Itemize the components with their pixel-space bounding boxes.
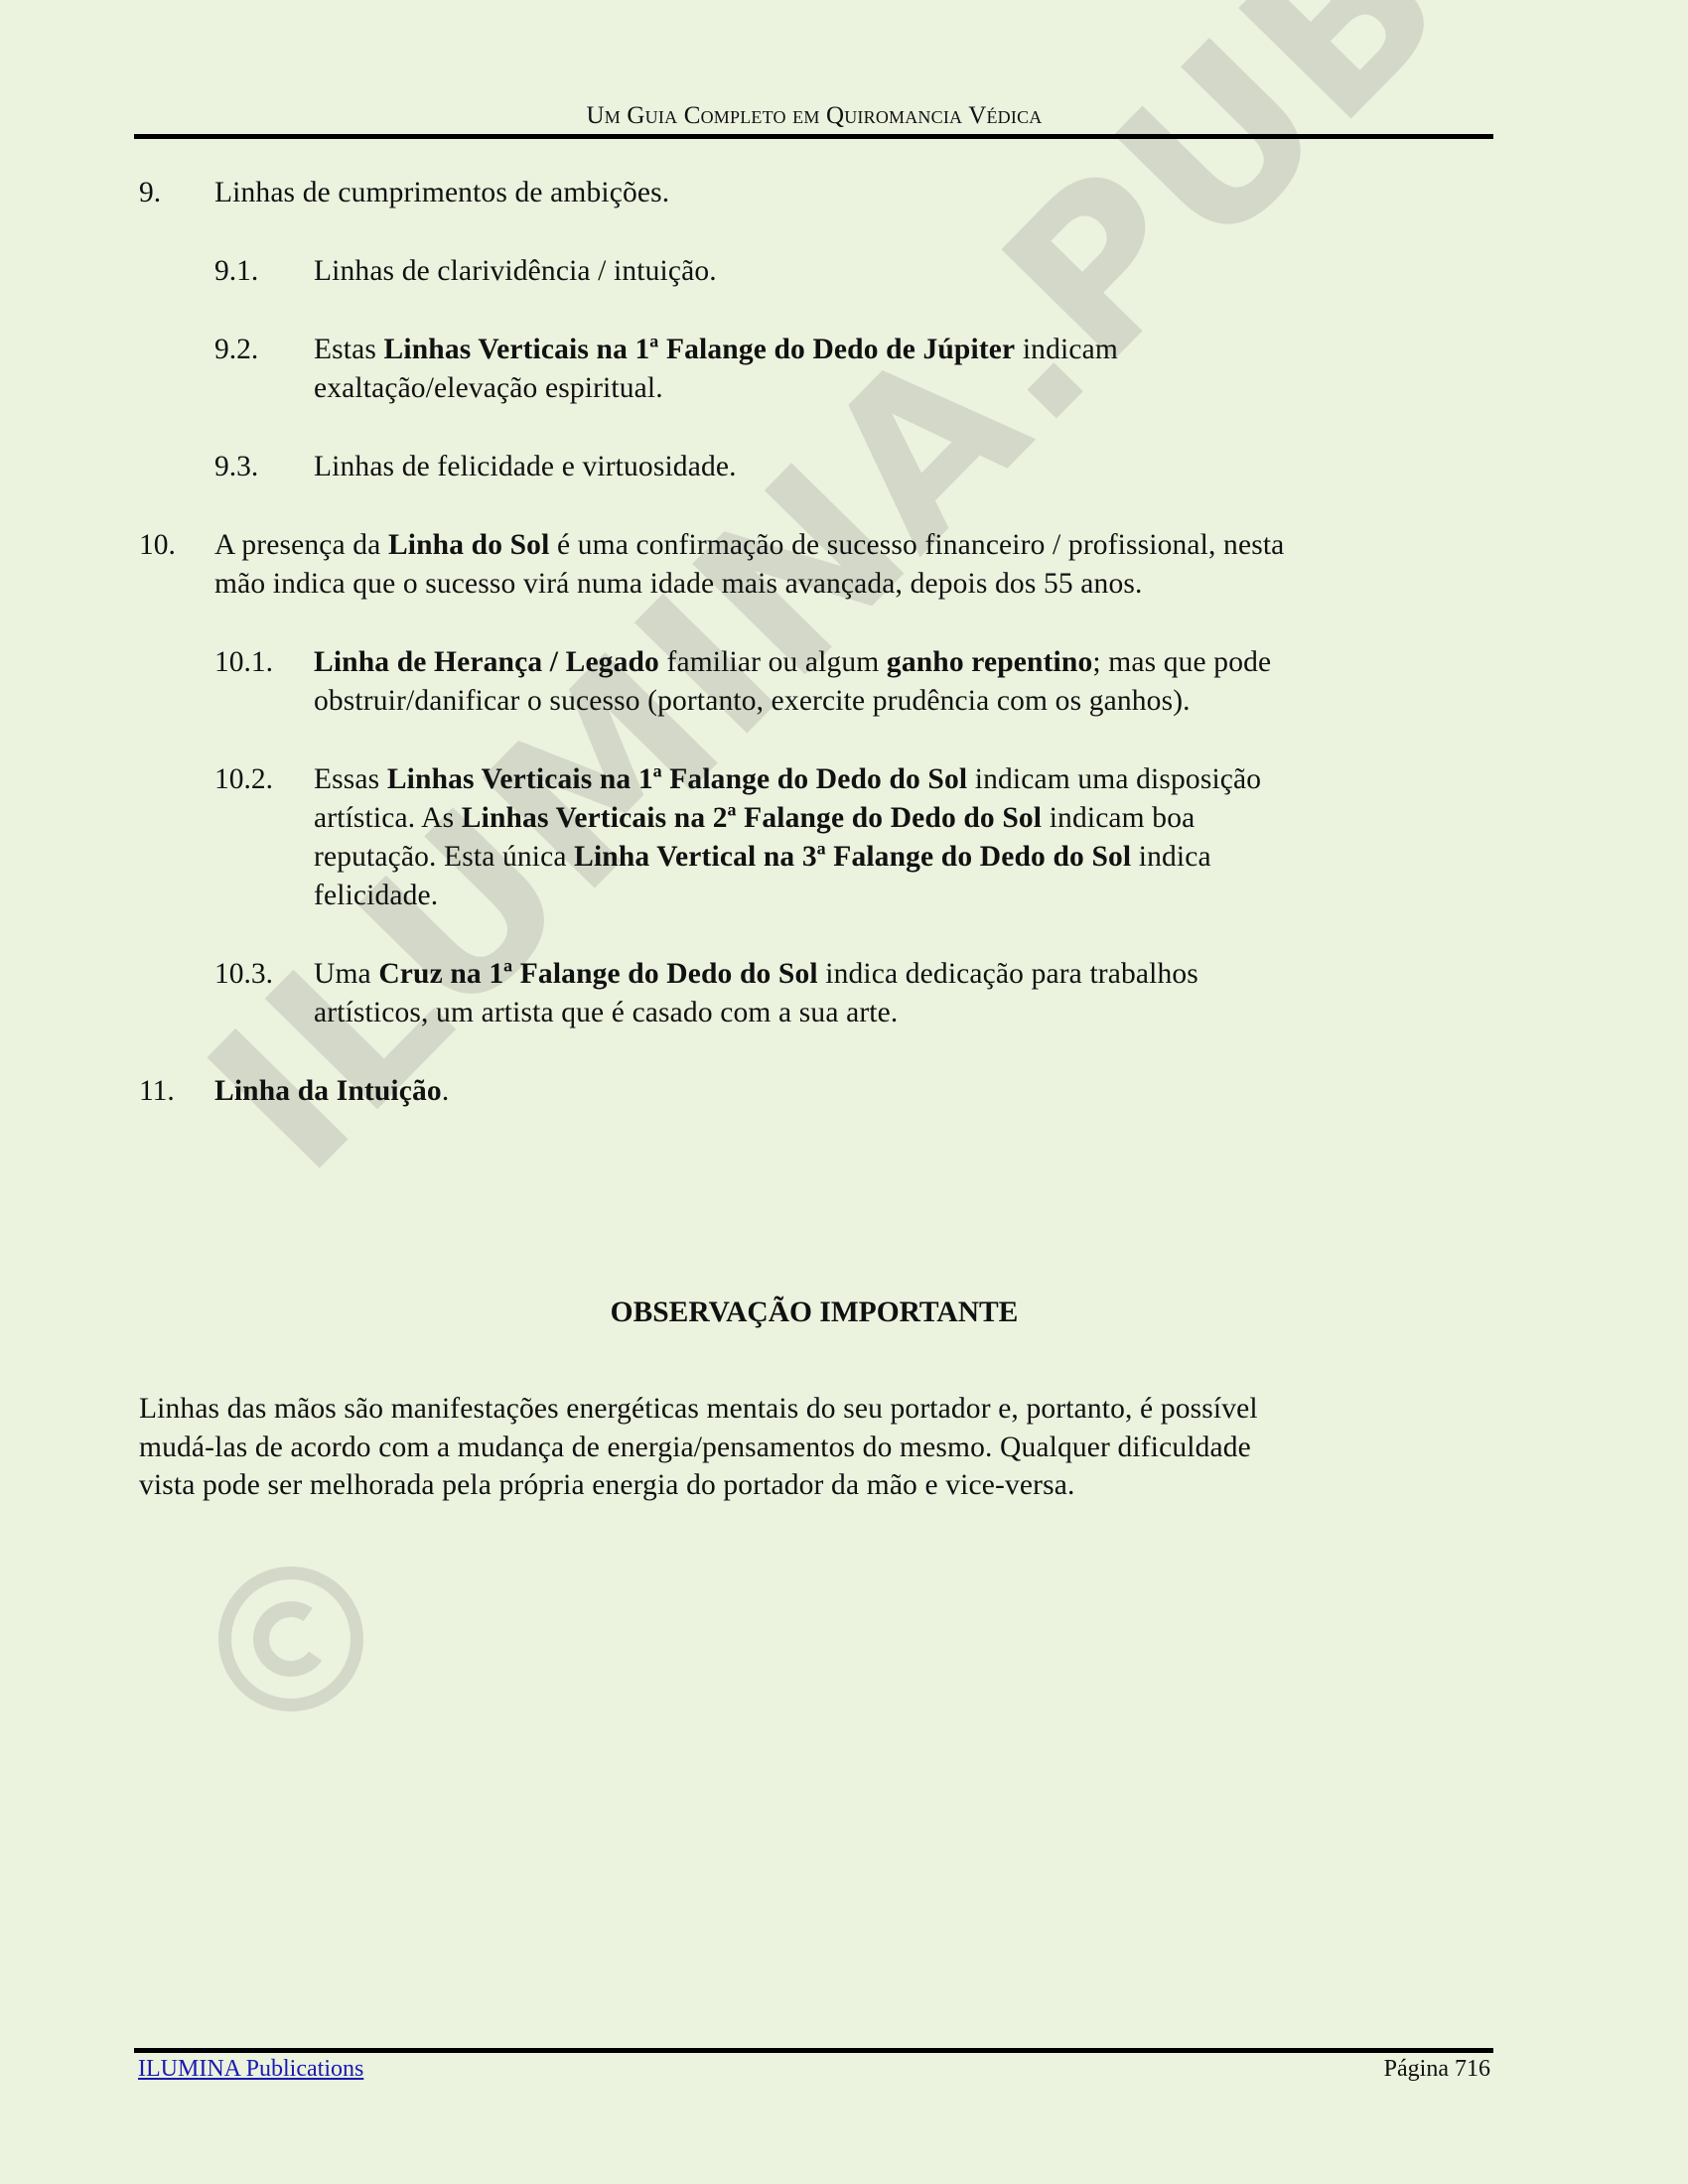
- sublist-item-text: artística. As Linhas Verticais na 2ª Fal…: [314, 804, 1195, 834]
- sublist-item-text: Essas Linhas Verticais na 1ª Falange do …: [314, 765, 1261, 795]
- text-run: mão indica que o sucesso virá numa idade…: [214, 568, 1143, 600]
- publisher-link[interactable]: ILUMINA Publications: [138, 2056, 363, 2083]
- sublist-number: 10.1.: [214, 648, 273, 678]
- text-run: indicam uma disposição: [967, 763, 1261, 795]
- note-line: vista pode ser melhorada pela própria en…: [139, 1471, 1074, 1501]
- sublist-item-text: Estas Linhas Verticais na 1ª Falange do …: [314, 336, 1118, 365]
- sublist-number: 9.2.: [214, 336, 258, 365]
- note-line: Linhas das mãos são manifestações energé…: [139, 1395, 1258, 1425]
- sublist-number: 9.3.: [214, 453, 258, 482]
- sublist-item-text: Linha de Herança / Legado familiar ou al…: [314, 648, 1271, 678]
- text-run: .: [442, 1075, 450, 1107]
- text-run: Linhas de felicidade e virtuosidade.: [314, 451, 737, 482]
- text-run: Linhas de clarividência / intuição.: [314, 255, 717, 287]
- bold-term: Cruz na 1ª Falange do Dedo do Sol: [378, 958, 817, 990]
- bold-term: ganho repentino: [887, 646, 1092, 678]
- list-number: 9.: [139, 179, 161, 208]
- text-run: Essas: [314, 763, 387, 795]
- bold-term: Linha Vertical na 3ª Falange do Dedo do …: [574, 841, 1131, 873]
- sublist-item-text: exaltação/elevação espiritual.: [314, 374, 663, 404]
- text-run: artísticos, um artista que é casado com …: [314, 997, 898, 1028]
- list-number: 10.: [139, 531, 176, 561]
- text-run: indicam boa: [1042, 802, 1195, 834]
- text-run: exaltação/elevação espiritual.: [314, 372, 663, 404]
- sublist-number: 9.1.: [214, 257, 258, 287]
- bold-term: Linhas Verticais na 1ª Falange do Dedo d…: [387, 763, 967, 795]
- bold-term: Linha de Herança / Legado: [314, 646, 659, 678]
- text-run: familiar ou algum: [659, 646, 887, 678]
- bold-term: Linha da Intuição: [214, 1075, 442, 1107]
- note-line: mudá-las de acordo com a mudança de ener…: [139, 1433, 1251, 1463]
- text-run: artística. As: [314, 802, 462, 834]
- sublist-item-text: Linhas de clarividência / intuição.: [314, 257, 717, 287]
- sublist-item-text: Linhas de felicidade e virtuosidade.: [314, 453, 737, 482]
- text-run: Uma: [314, 958, 378, 990]
- text-run: felicidade.: [314, 880, 438, 911]
- page: Um Guia Completo em Quiromancia Védica 9…: [0, 0, 1688, 2184]
- sublist-item-text: artísticos, um artista que é casado com …: [314, 999, 898, 1028]
- note-heading: OBSERVAÇÃO IMPORTANTE: [0, 1298, 1628, 1328]
- sublist-item-text: reputação. Esta única Linha Vertical na …: [314, 843, 1211, 873]
- page-number: Página 716: [1384, 2056, 1490, 2083]
- footer-rule: [134, 2048, 1493, 2053]
- sublist-number: 10.2.: [214, 765, 273, 795]
- sublist-number: 10.3.: [214, 960, 273, 990]
- text-run: indica: [1131, 841, 1211, 873]
- text-run: obstruir/danificar o sucesso (portanto, …: [314, 685, 1191, 717]
- running-header: Um Guia Completo em Quiromancia Védica: [0, 102, 1628, 130]
- sublist-item-text: Uma Cruz na 1ª Falange do Dedo do Sol in…: [314, 960, 1198, 990]
- list-item-text: Linha da Intuição.: [214, 1077, 449, 1107]
- text-run: Estas: [314, 334, 384, 365]
- bold-term: Linhas Verticais na 2ª Falange do Dedo d…: [462, 802, 1042, 834]
- text-run: indicam: [1015, 334, 1118, 365]
- text-run: indica dedicação para trabalhos: [818, 958, 1198, 990]
- sublist-item-text: felicidade.: [314, 882, 438, 911]
- text-run: Linhas de cumprimentos de ambições.: [214, 177, 669, 208]
- text-run: reputação. Esta única: [314, 841, 574, 873]
- header-rule: [134, 134, 1493, 139]
- bold-term: Linhas Verticais na 1ª Falange do Dedo d…: [384, 334, 1016, 365]
- text-run: A presença da: [214, 529, 388, 561]
- text-run: é uma confirmação de sucesso financeiro …: [549, 529, 1284, 561]
- bold-term: Linha do Sol: [388, 529, 550, 561]
- list-item-text: Linhas de cumprimentos de ambições.: [214, 179, 669, 208]
- sublist-item-text: obstruir/danificar o sucesso (portanto, …: [314, 687, 1191, 717]
- list-item-text: A presença da Linha do Sol é uma confirm…: [214, 531, 1284, 561]
- list-item-text: mão indica que o sucesso virá numa idade…: [214, 570, 1143, 600]
- text-run: ; mas que pode: [1092, 646, 1271, 678]
- list-number: 11.: [139, 1077, 175, 1107]
